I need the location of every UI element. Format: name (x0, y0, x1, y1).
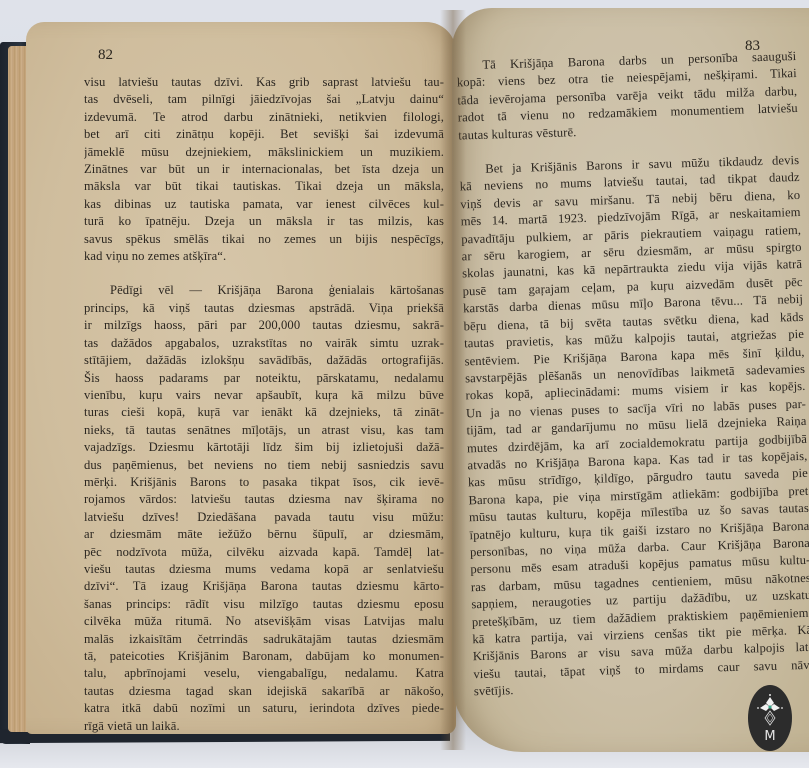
left-page-text: visu latviešu tautas dzīvi. Kas grib sap… (84, 74, 444, 734)
text-line: šanas princips: rādīt visu milzīgo tauta… (84, 596, 444, 613)
text-line: nieks, tā tautas senātnes mīļotājs, un a… (84, 422, 444, 439)
text-line: latviešu dzīves! Dziedāšana pavada tautu… (84, 509, 444, 526)
text-line: pēc nodzīvota mūža, cilvēku aizvada kapā… (84, 544, 444, 561)
svg-text:M: M (764, 729, 775, 744)
text-line: tautas dziesma tagad skan idejiskā sakar… (84, 683, 444, 700)
text-line: rīgā vietā un laikā. (84, 718, 444, 734)
diamond-flower-monogram-icon: M (755, 692, 785, 744)
text-line: vajadzīgs. Dziesmu kārtotāji līdz šim bi… (84, 439, 444, 456)
text-line: malās izkaisītām četrrindās sadrukātajām… (84, 631, 444, 648)
text-line: bet arī citi zinātņu kopēji. Bet sevišķi… (84, 126, 444, 143)
text-line: visu latviešu tautas dzīvi. Kas grib sap… (84, 74, 444, 91)
text-line: tas dvēseli, tam pilnīgi jāiedzīvojas ša… (84, 91, 444, 108)
text-line: talu, apbrīnojami veselu, viengabalīgu, … (84, 665, 444, 682)
text-line: rojamos vārdos: latviešu tautas dziesma … (84, 491, 444, 508)
text-line: Šis haoss padarams par noteiktu, pārskat… (84, 370, 444, 387)
watermark-logo: M (748, 685, 792, 751)
text-line: Zinātnes var būt un ir internacionalas, … (84, 161, 444, 178)
text-line: cilvēka mūža ritumā. No atsevišķām visas… (84, 613, 444, 630)
text-line: viešu tautas dziesma mums vedama kopā ar… (84, 561, 444, 578)
text-line: savus spēkus smēlās tikai no zemes un bi… (84, 231, 444, 248)
text-line: kad viņu no zemes atšķīra“. (84, 248, 444, 265)
text-line: turā ko īpatnēju. Dzeja un māksla ir tas… (84, 213, 444, 230)
paragraph: Tā Krišjāņa Barona darbs un personība sa… (456, 48, 798, 144)
paragraph: visu latviešu tautas dzīvi. Kas grib sap… (84, 74, 444, 265)
text-line: jāmeklē mūsu dzejniekiem, mākslinickiem … (84, 144, 444, 161)
paragraph: Bet ja Krišjānis Barons ir savu mūžu tik… (459, 152, 809, 701)
text-line: vienību, kuŗu vairs nevar apšaubīt, kuŗa… (84, 387, 444, 404)
text-line: princips, kā viņš tautas dziesmas apstrā… (84, 300, 444, 317)
right-page: 83 Tā Krišjāņa Barona darbs un personība… (452, 8, 809, 752)
text-line: Pēdīgi vēl — Krišjāņa Barona ģenialais k… (84, 282, 444, 299)
paragraph: Pēdīgi vēl — Krišjāņa Barona ģenialais k… (84, 282, 444, 734)
text-line: tas dažādos apgabalos, uzrakstītas no va… (84, 335, 444, 352)
text-line: tā, pateicoties Krišjānim Baronam, dabūj… (84, 648, 444, 665)
text-line: kas dibinas uz tautiska pamata, var iene… (84, 196, 444, 213)
text-line: ar dziesmām māte iežūžo bērnu šūpulī, ar… (84, 526, 444, 543)
page-number-left: 82 (98, 47, 113, 64)
text-line: izdevumā. Te atrod darbu zinātnieki, net… (84, 109, 444, 126)
text-line: māksla var būt tikai tautiskas. Tikai dz… (84, 178, 444, 195)
text-line: ir milzīgs haoss, pāri par 200,000 tauta… (84, 317, 444, 334)
left-page: 82 visu latviešu tautas dzīvi. Kas grib … (26, 22, 456, 734)
text-line: dzīvi“. Tā izaug Krišjāņa Barona tautas … (84, 578, 444, 595)
text-line: stītājiem, dažādās izlokšņu savādībās, d… (84, 352, 444, 369)
right-page-text: Tā Krišjāņa Barona darbs un personība sa… (456, 48, 809, 701)
text-line: turas cieši kopā, kuŗā var ienākt kā dze… (84, 404, 444, 421)
text-line: dus paņēmienus, bet neviens no tiem nebi… (84, 457, 444, 474)
text-line: katra itkā dabū nozīmi un saturu, ierind… (84, 700, 444, 717)
text-line: mērķi. Krišjānis Barons to pasaka tikpat… (84, 474, 444, 491)
